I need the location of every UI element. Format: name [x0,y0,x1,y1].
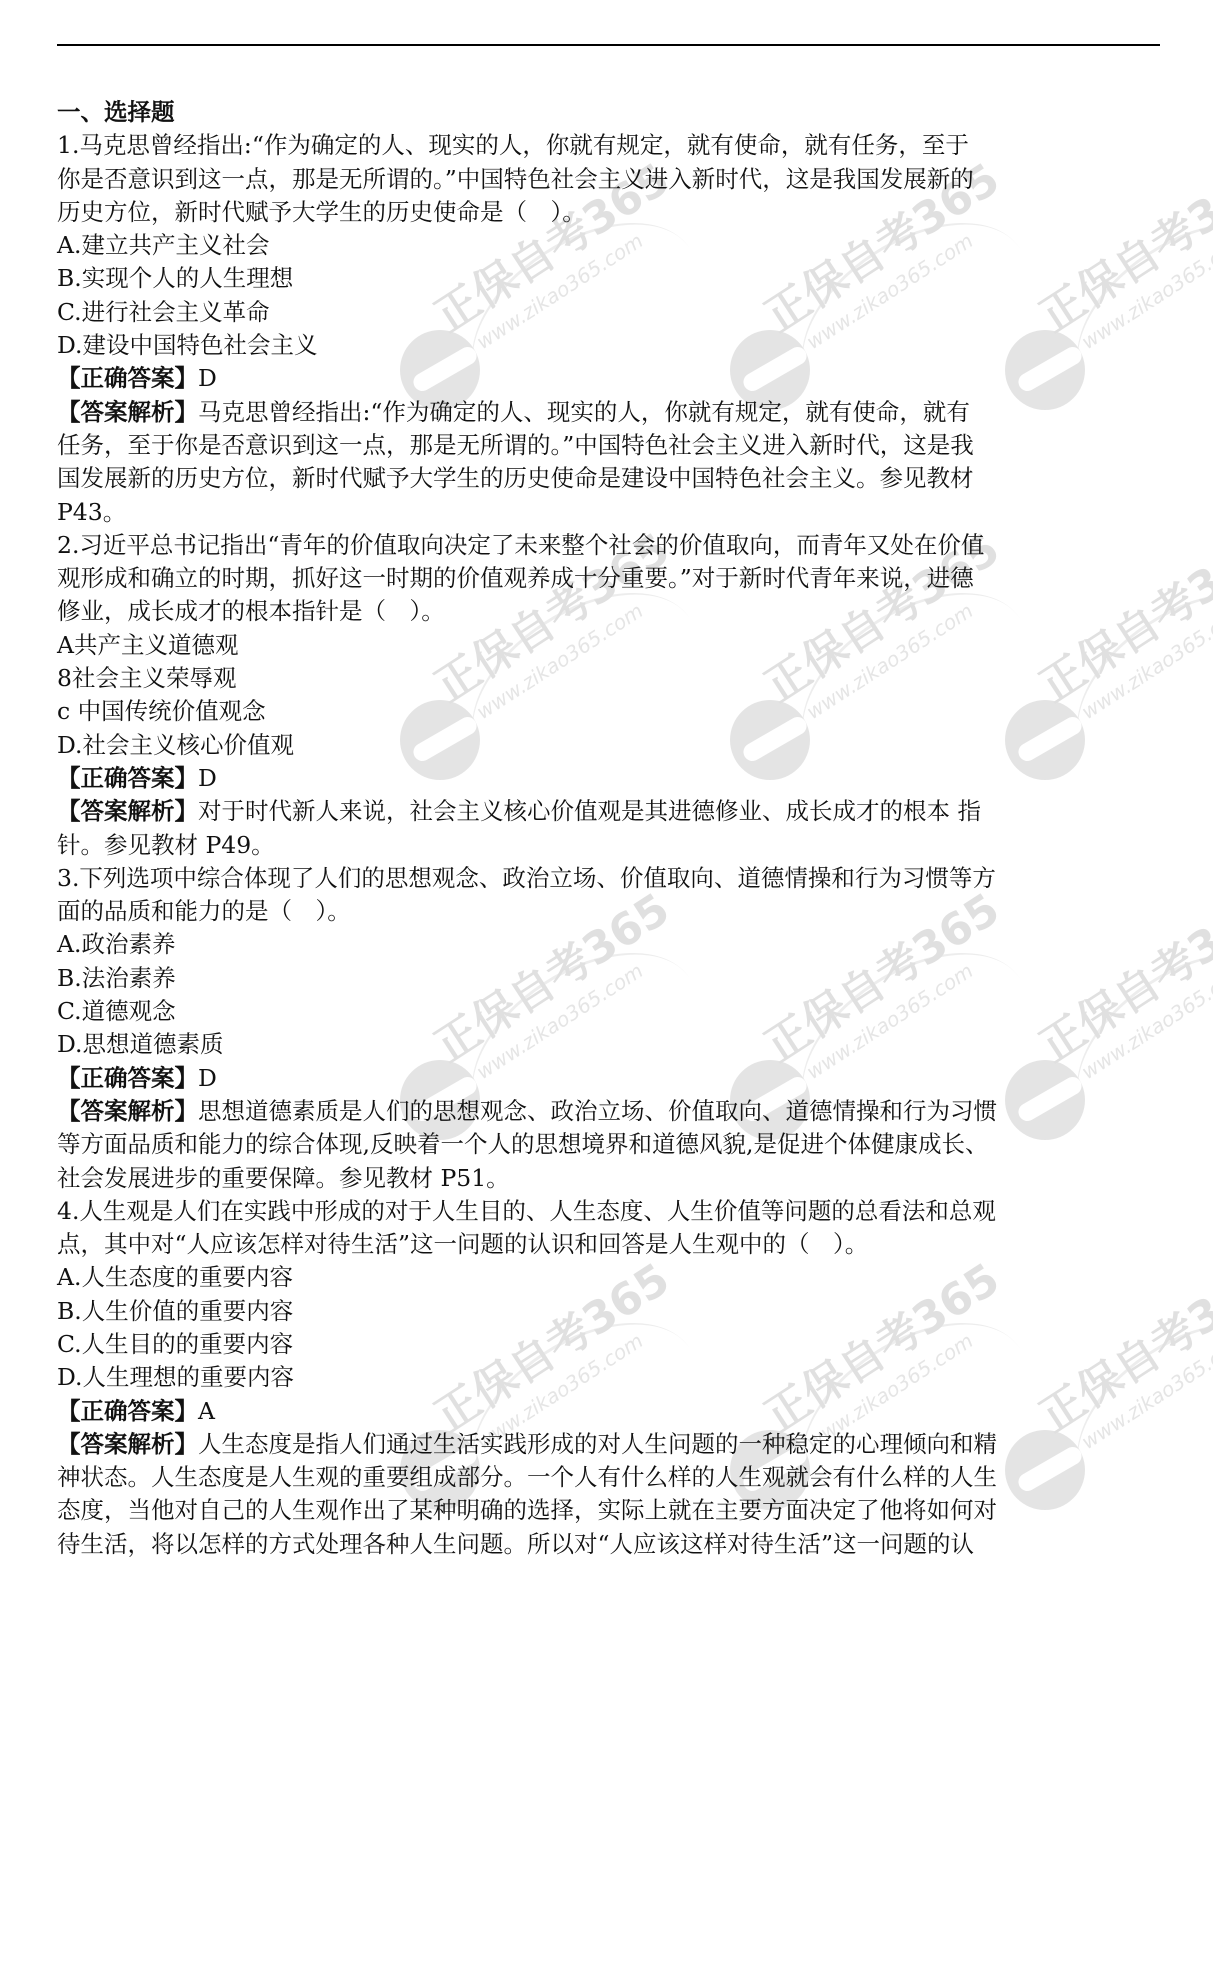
correct-answer: 【正确答案】A [57,1395,1160,1428]
correct-answer-value: D [198,764,217,792]
correct-answer-value: D [198,1064,217,1092]
analysis-line: 任务，至于你是否意识到这一点，那是无所谓的。”中国特色社会主义进入新时代，这是我 [57,429,1160,462]
option-c: C.道德观念 [57,995,1160,1028]
question-stem-line: 修业，成长成才的根本指针是（ ）。 [57,595,1160,628]
option-a: A共产主义道德观 [57,629,1160,662]
analysis-text: 思想道德素质是人们的思想观念、政治立场、价值取向、道德情操和行为习惯 [198,1097,997,1125]
question-stem-line: 点，其中对“人应该怎样对待生活”这一问题的认识和回答是人生观中的（ ）。 [57,1228,1160,1261]
analysis-line: 针。参见教材 P49。 [57,829,1160,862]
correct-answer-label: 【正确答案】 [57,1397,198,1425]
analysis-line: P43。 [57,496,1160,529]
correct-answer-value: A [198,1397,215,1425]
analysis-label: 【答案解析】 [57,398,198,426]
analysis-line: 待生活，将以怎样的方式处理各种人生问题。所以对“人应该这样对待生活”这一问题的认 [57,1528,1160,1561]
section-title: 一、选择题 [57,96,1160,129]
option-a: A.人生态度的重要内容 [57,1261,1160,1294]
option-d: D.人生理想的重要内容 [57,1361,1160,1394]
option-c: c 中国传统价值观念 [57,695,1160,728]
document-body: 一、选择题 1.马克思曾经指出:“作为确定的人、现实的人，你就有规定，就有使命，… [57,96,1160,1561]
question-1: 1.马克思曾经指出:“作为确定的人、现实的人，你就有规定，就有使命，就有任务，至… [57,129,1160,529]
question-2: 2.习近平总书记指出“青年的价值取向决定了未来整个社会的价值取向，而青年又处在价… [57,529,1160,862]
correct-answer: 【正确答案】D [57,1062,1160,1095]
option-a: A.建立共产主义社会 [57,229,1160,262]
option-d: D.建设中国特色社会主义 [57,329,1160,362]
analysis-line: 【答案解析】对于时代新人来说，社会主义核心价值观是其进德修业、成长成才的根本 指 [57,795,1160,828]
analysis-line: 【答案解析】思想道德素质是人们的思想观念、政治立场、价值取向、道德情操和行为习惯 [57,1095,1160,1128]
option-b: 8社会主义荣辱观 [57,662,1160,695]
question-stem-line: 历史方位，新时代赋予大学生的历史使命是（ ）。 [57,196,1160,229]
question-stem-line: 3.下列选项中综合体现了人们的思想观念、政治立场、价值取向、道德情操和行为习惯等… [57,862,1160,895]
question-stem-line: 2.习近平总书记指出“青年的价值取向决定了未来整个社会的价值取向，而青年又处在价… [57,529,1160,562]
analysis-line: 态度，当他对自己的人生观作出了某种明确的选择，实际上就在主要方面决定了他将如何对 [57,1494,1160,1527]
analysis-label: 【答案解析】 [57,797,198,825]
question-3: 3.下列选项中综合体现了人们的思想观念、政治立场、价值取向、道德情操和行为习惯等… [57,862,1160,1195]
question-stem-line: 1.马克思曾经指出:“作为确定的人、现实的人，你就有规定，就有使命，就有任务，至… [57,129,1160,162]
question-4: 4.人生观是人们在实践中形成的对于人生目的、人生态度、人生价值等问题的总看法和总… [57,1195,1160,1561]
header-rule [57,44,1160,46]
option-a: A.政治素养 [57,928,1160,961]
analysis-text: 对于时代新人来说，社会主义核心价值观是其进德修业、成长成才的根本 指 [198,797,981,825]
analysis-text: 人生态度是指人们通过生活实践形成的对人生问题的一种稳定的心理倾向和精 [198,1430,997,1458]
correct-answer: 【正确答案】D [57,362,1160,395]
question-stem-line: 面的品质和能力的是（ ）。 [57,895,1160,928]
option-d: D.社会主义核心价值观 [57,729,1160,762]
option-c: C.进行社会主义革命 [57,296,1160,329]
option-b: B.实现个人的人生理想 [57,262,1160,295]
correct-answer: 【正确答案】D [57,762,1160,795]
analysis-line: 社会发展进步的重要保障。参见教材 P51。 [57,1162,1160,1195]
analysis-label: 【答案解析】 [57,1430,198,1458]
analysis-label: 【答案解析】 [57,1097,198,1125]
question-stem-line: 你是否意识到这一点，那是无所谓的。”中国特色社会主义进入新时代，这是我国发展新的 [57,163,1160,196]
correct-answer-label: 【正确答案】 [57,364,198,392]
correct-answer-label: 【正确答案】 [57,1064,198,1092]
analysis-line: 神状态。人生态度是人生观的重要组成部分。一个人有什么样的人生观就会有什么样的人生 [57,1461,1160,1494]
analysis-text: 马克思曾经指出:“作为确定的人、现实的人，你就有规定，就有使命，就有 [198,398,970,426]
analysis-line: 【答案解析】马克思曾经指出:“作为确定的人、现实的人，你就有规定，就有使命，就有 [57,396,1160,429]
option-c: C.人生目的的重要内容 [57,1328,1160,1361]
correct-answer-value: D [198,364,217,392]
question-stem-line: 4.人生观是人们在实践中形成的对于人生目的、人生态度、人生价值等问题的总看法和总… [57,1195,1160,1228]
analysis-line: 等方面品质和能力的综合体现,反映着一个人的思想境界和道德风貌,是促进个体健康成长… [57,1128,1160,1161]
analysis-line: 国发展新的历史方位，新时代赋予大学生的历史使命是建设中国特色社会主义。参见教材 [57,462,1160,495]
question-stem-line: 观形成和确立的时期，抓好这一时期的价值观养成十分重要。”对于新时代青年来说，进德 [57,562,1160,595]
option-b: B.法治素养 [57,962,1160,995]
option-d: D.思想道德素质 [57,1028,1160,1061]
correct-answer-label: 【正确答案】 [57,764,198,792]
option-b: B.人生价值的重要内容 [57,1295,1160,1328]
analysis-line: 【答案解析】人生态度是指人们通过生活实践形成的对人生问题的一种稳定的心理倾向和精 [57,1428,1160,1461]
